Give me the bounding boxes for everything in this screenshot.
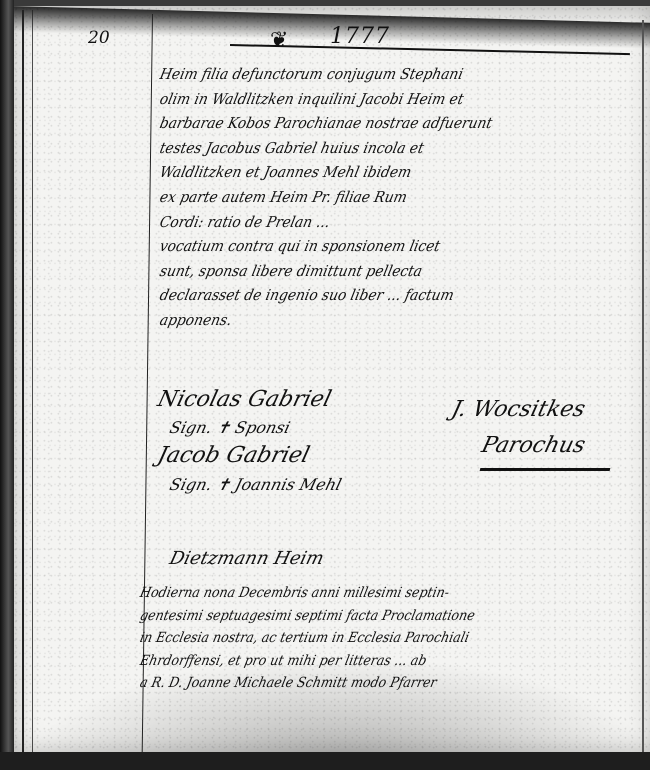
book-binding — [0, 0, 14, 770]
ornament-icon: ❦ — [270, 28, 288, 53]
text-line: Waldlitzken et Joannes Mehl ibidem — [157, 160, 604, 185]
priest-name: J. Wocsitkes — [448, 392, 647, 428]
text-line: declarasset de ingenio suo liber ... fac… — [157, 283, 604, 308]
entry-1-text: Heim filia defunctorum conjugum Stephani… — [160, 62, 640, 333]
signature-nicolas-gabriel: Nicolas Gabriel — [154, 385, 461, 415]
text-line: in Ecclesia nostra, ac tertium in Eccles… — [138, 627, 593, 650]
text-line: Heim filia defunctorum conjugum Stephani — [157, 62, 604, 87]
witness-signatures: Nicolas Gabriel Sign. ✝ Sponsi Jacob Gab… — [158, 385, 458, 499]
signature-mark-sponsi: Sign. ✝ Sponsi — [155, 415, 461, 441]
page-bottom-edge — [0, 752, 650, 770]
text-line: apponens. — [157, 308, 604, 333]
text-line: testes Jacobus Gabriel huius incola et — [157, 136, 604, 161]
entry-2-margin-name: Dietzmann Heim — [167, 548, 326, 569]
signature-flourish — [480, 468, 611, 471]
text-line: olim in Waldlitzken inquilini Jacobi Hei… — [157, 87, 604, 112]
text-line: ex parte autem Heim Pr. filiae Rum — [157, 185, 604, 210]
text-line: Ehrdorffensi, et pro ut mihi per littera… — [138, 650, 593, 673]
entry-2-text: Hodierna nona Decembris anni millesimi s… — [140, 582, 640, 695]
text-line: sunt, sponsa libere dimittunt pellecta — [157, 259, 604, 284]
text-line: vocatium contra qui in sponsionem licet — [157, 234, 604, 259]
page-header: ❦ 1777 — [230, 24, 630, 54]
border-line-inner — [32, 10, 33, 755]
signature-mark-joannis-mehl: Sign. ✝ Joannis Mehl — [155, 471, 462, 499]
signature-jacob-gabriel: Jacob Gabriel — [154, 441, 461, 471]
text-line: gentesimi septuagesimi septimi facta Pro… — [138, 605, 593, 628]
priest-signature: J. Wocsitkes Parochus — [452, 392, 642, 471]
right-edge-rule — [642, 20, 644, 755]
header-rule — [230, 44, 630, 55]
priest-title: Parochus — [448, 428, 647, 464]
text-line: a R. D. Joanne Michaele Schmitt modo Pfa… — [138, 672, 593, 695]
text-line: barbarae Kobos Parochianae nostrae adfue… — [157, 111, 604, 136]
year-heading: 1777 — [330, 24, 390, 49]
border-line-outer — [22, 10, 24, 755]
text-line: Hodierna nona Decembris anni millesimi s… — [138, 582, 593, 605]
text-line: Cordi: ratio de Prelan ... — [157, 210, 604, 235]
folio-number: 20 — [88, 28, 110, 48]
